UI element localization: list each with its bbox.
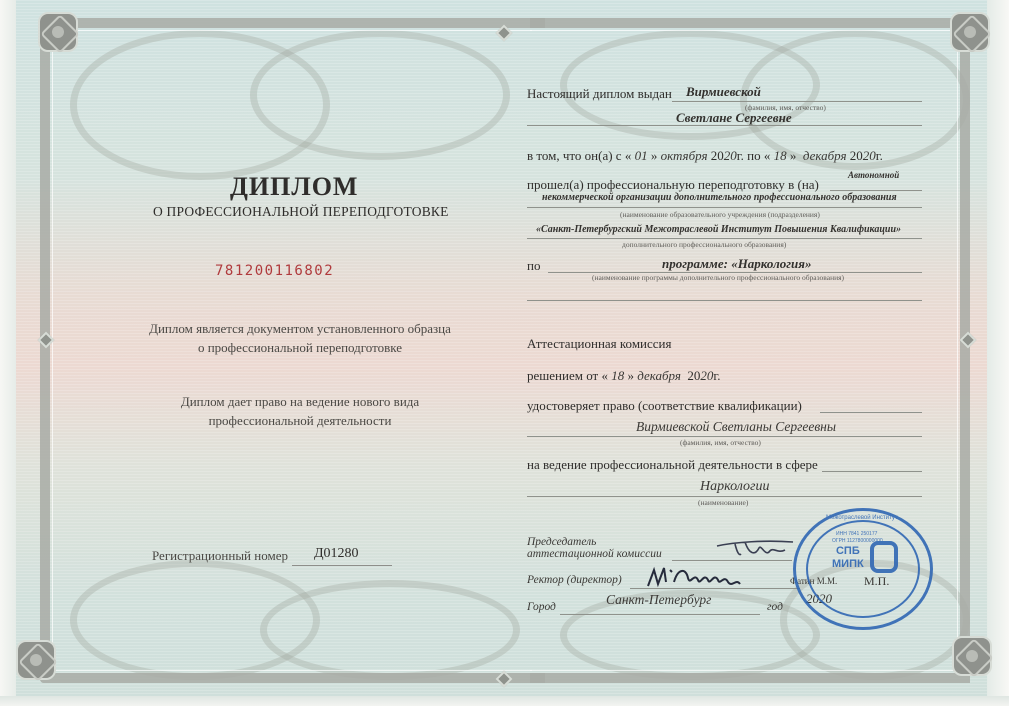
rector-label: Ректор (директор) [527,574,622,586]
field-hint: (фамилия, имя, отчество) [680,438,761,447]
note-text: Диплом дает право на ведение нового вида [110,394,490,410]
chairman-label: аттестационной комиссии [527,548,662,560]
decision-date: решением от « 18 » декабря 2020г. [527,368,721,384]
registration-number: Д01280 [314,546,359,562]
diploma-title: ДИПЛОМ [230,172,358,202]
field-underline [527,238,922,239]
holder-full-name: Вирмиевской Светланы Сергеевны [636,419,836,435]
registration-label: Регистрационный номер [152,548,288,564]
field-hint: (наименование программы дополнительного … [592,273,844,282]
diploma-subtitle: О ПРОФЕССИОНАЛЬНОЙ ПЕРЕПОДГОТОВКЕ [153,204,449,220]
paper-edge-right [987,0,1009,706]
city-label: Город [527,601,556,613]
stamp-ring-text: Межотраслевой Институт [826,515,898,521]
paper-edge-bottom [0,696,1009,706]
field-underline [560,614,760,615]
organization-line-2: некоммерческой организации дополнительно… [542,192,897,203]
corner-ornament-icon [950,12,990,52]
field-underline [527,436,922,437]
stamp-inn: ИНН 7841 250177 [836,531,877,537]
city-value: Санкт-Петербург [606,592,711,608]
chairman-signature-icon [715,534,795,562]
commission-label: Аттестационная комиссия [527,336,671,352]
field-underline [672,101,922,102]
stamp-emblem-icon [870,541,898,573]
official-stamp: ИНН 7841 250177 ОГРН 1127800000000 Межот… [793,508,933,630]
year-label: год [767,601,783,613]
field-underline [527,300,922,301]
paper-edge-left [0,0,16,706]
corner-ornament-icon [16,640,56,680]
field-underline [527,496,922,497]
sphere-label: на ведение профессиональной деятельности… [527,457,818,473]
field-hint: (наименование) [698,498,748,507]
organization-line-1: Автономной [848,170,899,180]
training-period: в том, что он(а) с « 01 » октября 2020г.… [527,148,883,164]
issued-to-label: Настоящий диплом выдан [527,86,672,102]
note-text: о профессиональной переподготовке [110,340,490,356]
organization-line-3: «Санкт-Петербургский Межотраслевой Инсти… [536,224,901,235]
start-month: октября [661,148,708,163]
certifies-label: удостоверяет право (соответствие квалифи… [527,398,802,414]
start-day: 01 [635,148,648,163]
corner-ornament-icon [952,636,992,676]
field-underline [830,190,922,191]
field-hint: дополнительного профессионального образо… [622,240,786,249]
field-underline [820,412,922,413]
note-text: Диплом является документом установленног… [110,321,490,337]
chairman-label: Председатель [527,536,596,548]
recipient-given-names: Светлане Сергеевне [676,110,792,126]
registration-underline [292,565,392,566]
serial-number: 781200116802 [215,263,334,279]
field-hint: (наименование образовательного учреждени… [620,210,820,219]
corner-ornament-icon [38,12,78,52]
decision-month: декабря [637,368,681,383]
diploma-sheet: ДИПЛОМ О ПРОФЕССИОНАЛЬНОЙ ПЕРЕПОДГОТОВКЕ… [0,0,1009,706]
field-underline [822,471,922,472]
rector-signature-icon [644,562,744,592]
sphere-value: Наркологии [700,479,770,495]
recipient-surname: Вирмиевской [686,84,761,100]
decision-day: 18 [611,368,624,383]
field-underline [527,207,922,208]
stamp-logo: СПБ МИПК [832,545,864,571]
end-day: 18 [774,148,787,163]
completed-label: прошел(а) профессиональную переподготовк… [527,177,819,193]
program-name: программе: «Наркология» [662,256,811,272]
note-text: профессиональной деятельности [110,413,490,429]
program-prefix: по [527,258,540,274]
end-month: декабря [803,148,847,163]
